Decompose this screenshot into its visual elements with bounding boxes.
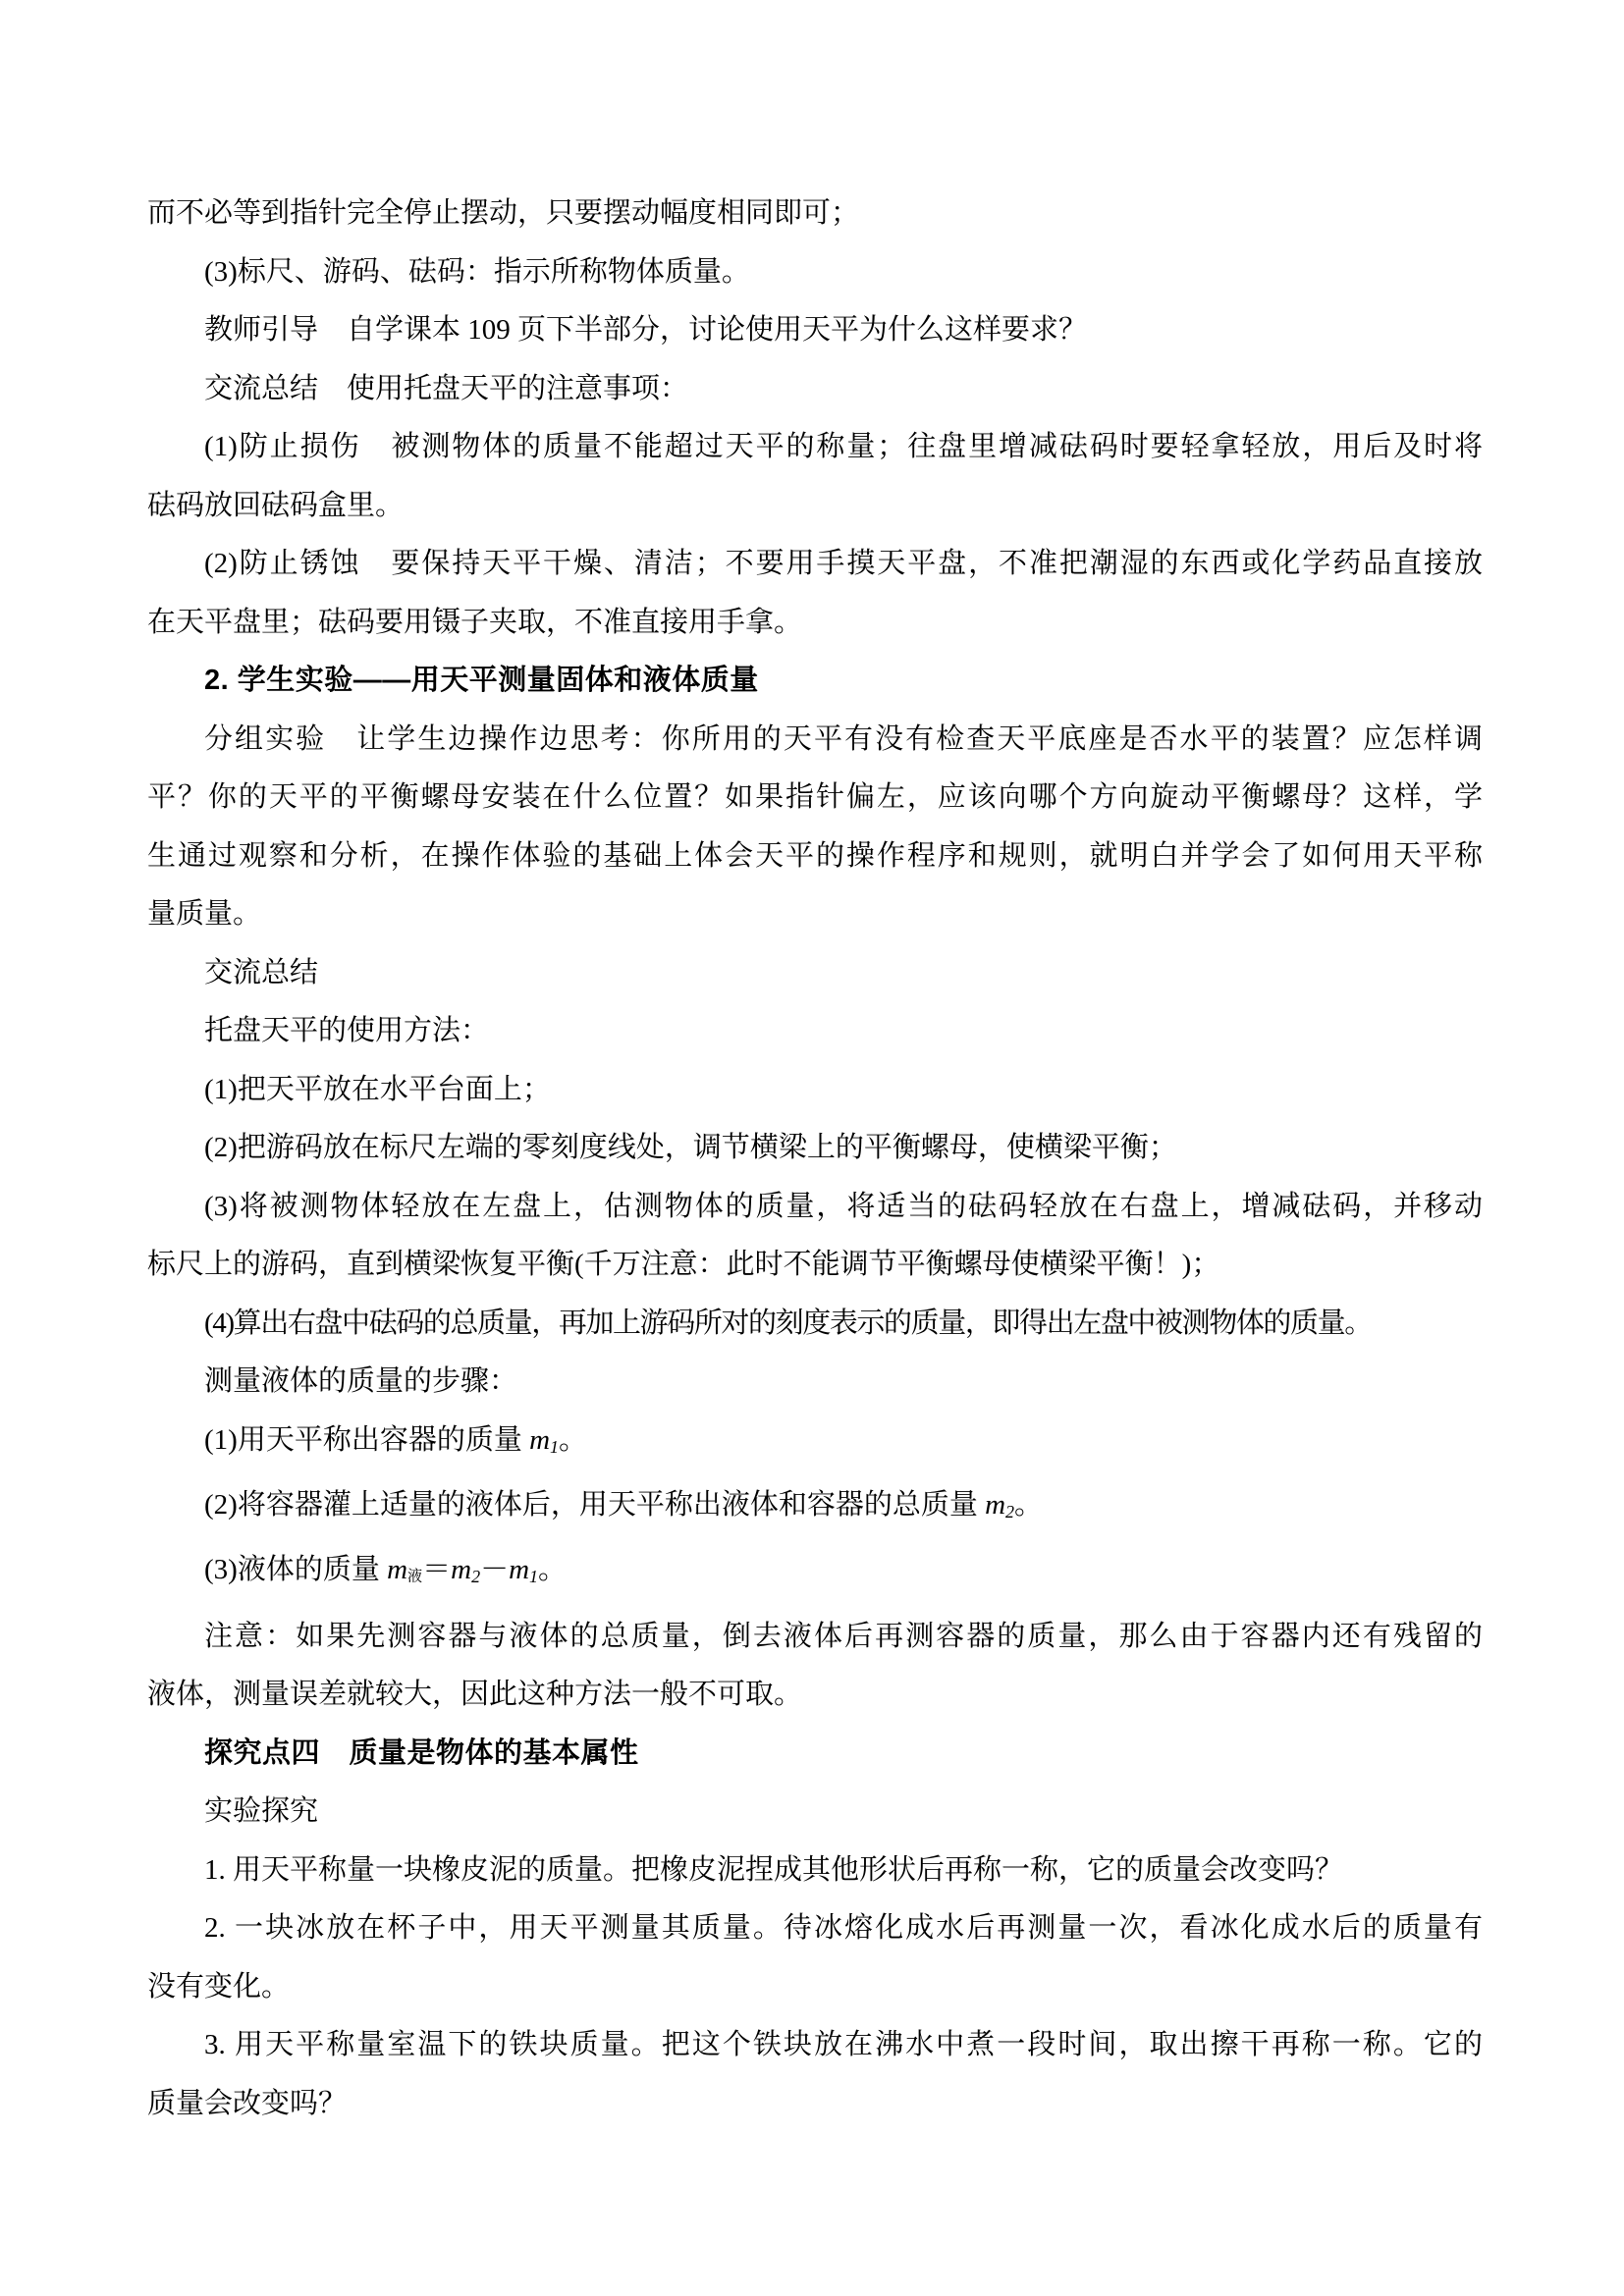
formula-text: (3)液体的质量 <box>204 1554 387 1585</box>
formula-variable: m <box>451 1554 471 1585</box>
text-line: 交流总结 <box>147 944 1483 1003</box>
text-line: 2. 一块冰放在杯子中，用天平测量其质量。待冰熔化成水后再测量一次，看冰化成水后… <box>147 1899 1483 1958</box>
formula-line-m1: (1)用天平称出容器的质量 m1。 <box>147 1412 1483 1476</box>
formula-line-m2: (2)将容器灌上适量的液体后，用天平称出液体和容器的总质量 m2。 <box>147 1476 1483 1541</box>
text-line: 1. 用天平称量一块橡皮泥的质量。把橡皮泥捏成其他形状后再称一称，它的质量会改变… <box>147 1842 1483 1900</box>
formula-text: (1)用天平称出容器的质量 <box>204 1424 529 1456</box>
text-line: (3)标尺、游码、砝码：指示所称物体质量。 <box>147 243 1483 302</box>
text-line: 液体，测量误差就较大，因此这种方法一般不可取。 <box>147 1666 1483 1725</box>
text-line: (2)防止锈蚀 要保持天平干燥、清洁；不要用手摸天平盘，不准把潮湿的东西或化学药… <box>147 535 1483 594</box>
section-heading-inquiry-point-4: 探究点四 质量是物体的基本属性 <box>147 1725 1483 1784</box>
text-line: (4)算出右盘中砝码的总质量，再加上游码所对的刻度表示的质量，即得出左盘中被测物… <box>147 1295 1483 1354</box>
formula-subscript: 1 <box>529 1567 538 1586</box>
formula-variable: m <box>985 1489 1005 1521</box>
text-line: 标尺上的游码，直到横梁恢复平衡(千万注意：此时不能调节平衡螺母使横梁平衡！)； <box>147 1236 1483 1295</box>
text-line: 测量液体的质量的步骤： <box>147 1353 1483 1412</box>
text-line: 教师引导 自学课本 109 页下半部分，讨论使用天平为什么这样要求？ <box>147 301 1483 360</box>
text-line: 在天平盘里；砝码要用镊子夹取，不准直接用手拿。 <box>147 594 1483 653</box>
text-line: (1)防止损伤 被测物体的质量不能超过天平的称量；往盘里增减砝码时要轻拿轻放，用… <box>147 418 1483 477</box>
text-line: 砝码放回砝码盒里。 <box>147 477 1483 536</box>
formula-variable: m <box>529 1424 550 1456</box>
formula-text: (2)将容器灌上适量的液体后，用天平称出液体和容器的总质量 <box>204 1489 985 1521</box>
text-line: 托盘天平的使用方法： <box>147 1002 1483 1061</box>
text-line: 量质量。 <box>147 885 1483 944</box>
text-line: (1)把天平放在水平台面上； <box>147 1061 1483 1120</box>
formula-minus: － <box>480 1554 509 1585</box>
formula-subscript: 1 <box>550 1436 559 1456</box>
text-line: 交流总结 使用托盘天平的注意事项： <box>147 360 1483 419</box>
formula-text: 。 <box>538 1554 567 1585</box>
text-line: 3. 用天平称量室温下的铁块质量。把这个铁块放在沸水中煮一段时间，取出擦干再称一… <box>147 2016 1483 2075</box>
formula-line-liquid-mass: (3)液体的质量 m液＝m2－m1。 <box>147 1541 1483 1607</box>
formula-text: 。 <box>1014 1489 1043 1521</box>
text-line: 而不必等到指针完全停止摆动，只要摆动幅度相同即可； <box>147 185 1483 243</box>
text-line: (3)将被测物体轻放在左盘上，估测物体的质量，将适当的砝码轻放在右盘上，增减砝码… <box>147 1178 1483 1237</box>
text-line: 实验探究 <box>147 1783 1483 1842</box>
formula-subscript: 2 <box>1005 1502 1014 1522</box>
formula-text: 。 <box>559 1424 587 1456</box>
text-line: 没有变化。 <box>147 1958 1483 2017</box>
formula-variable: m <box>387 1554 407 1585</box>
formula-equals: ＝ <box>422 1554 451 1585</box>
formula-subscript: 液 <box>407 1570 422 1585</box>
text-line: 注意：如果先测容器与液体的总质量，倒去液体后再测容器的质量，那么由于容器内还有残… <box>147 1608 1483 1667</box>
formula-subscript: 2 <box>471 1567 480 1586</box>
formula-variable: m <box>509 1554 529 1585</box>
text-line: 平？你的天平的平衡螺母安装在什么位置？如果指针偏左，应该向哪个方向旋动平衡螺母？… <box>147 769 1483 828</box>
text-line: 分组实验 让学生边操作边思考：你所用的天平有没有检查天平底座是否水平的装置？应怎… <box>147 711 1483 770</box>
text-line: 生通过观察和分析，在操作体验的基础上体会天平的操作程序和规则，就明白并学会了如何… <box>147 828 1483 886</box>
text-line: 质量会改变吗？ <box>147 2075 1483 2134</box>
document-page: 而不必等到指针完全停止摆动，只要摆动幅度相同即可； (3)标尺、游码、砝码：指示… <box>0 0 1624 2296</box>
section-heading-student-experiment: 2. 学生实验——用天平测量固体和液体质量 <box>147 652 1483 711</box>
text-line: (2)把游码放在标尺左端的零刻度线处，调节横梁上的平衡螺母，使横梁平衡； <box>147 1119 1483 1178</box>
